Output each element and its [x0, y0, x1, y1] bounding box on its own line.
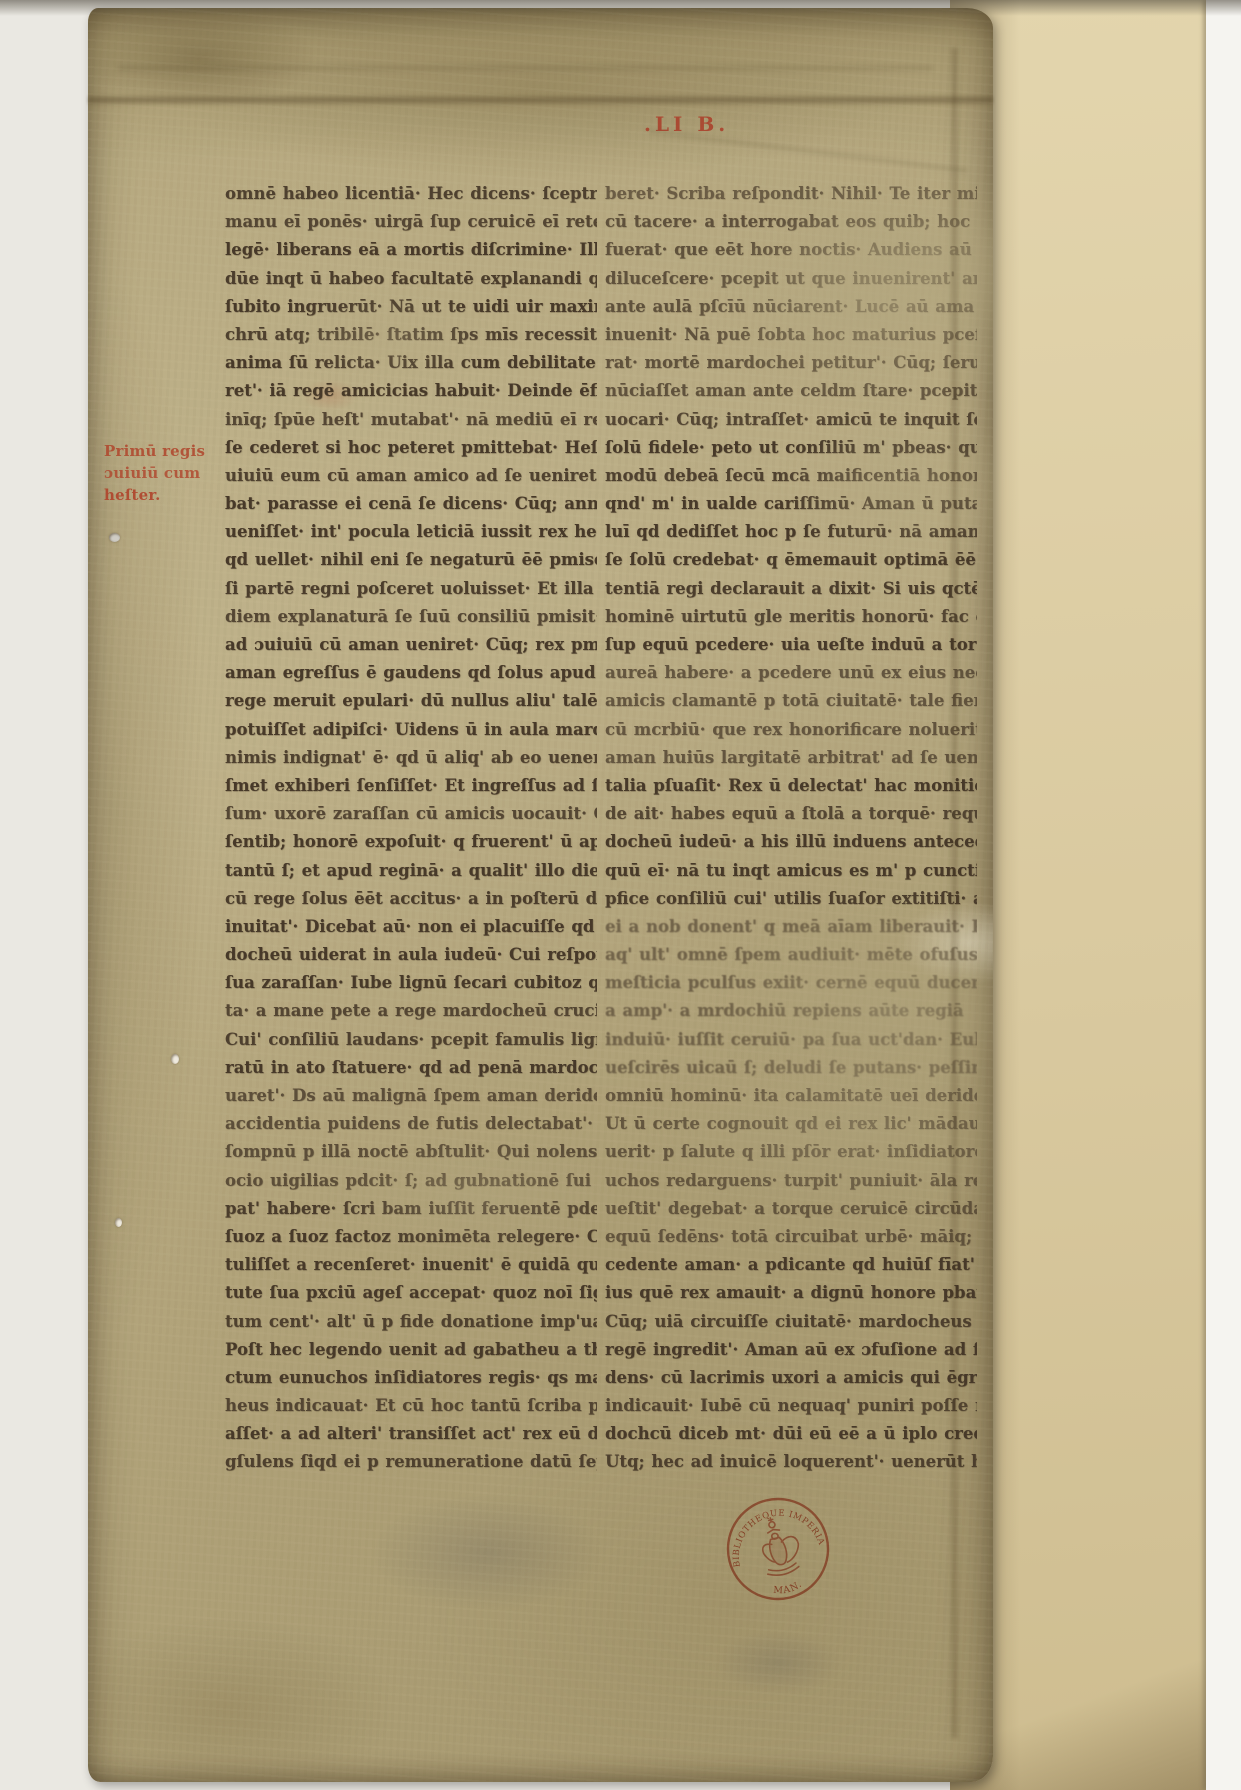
- manuscript-text-line: qnd' m' in ualde cariſſimū· Aman ū putan…: [605, 490, 977, 518]
- manuscript-text-line: legē· liberans eā a mortis diſcrimine· I…: [225, 236, 597, 264]
- manuscript-text-line: ſuoz a ſuoz factoz monimēta relegere· Cū…: [225, 1223, 597, 1251]
- marginal-rubric-line: heſter.: [104, 484, 214, 506]
- manuscript-text-line: heus indicauat· Et cū hoc tantū ſcriba p…: [225, 1392, 597, 1420]
- manuscript-text-line: ſe ſolū credebat· q ēmemauit optimā ēē ſ…: [605, 546, 977, 574]
- manuscript-text-line: pfice conſiliū cui' utilis ſuaſor extiti…: [605, 885, 977, 913]
- manuscript-text-line: Ut ū certe cognouit qd ei rex lic' mādau…: [605, 1110, 977, 1138]
- marginal-rubric-line: Primū regis: [104, 440, 214, 462]
- manuscript-text-line: ratū in ato ſtatuere· qd ad penā mardoch…: [225, 1054, 597, 1082]
- stamp-bottom-text: MAN.: [770, 1578, 805, 1599]
- manuscript-text-line: ret'· iā regē amicicias habuit· Deinde ē…: [225, 377, 597, 405]
- manuscript-text-line: ta· a mane pete a rege mardocheū crucifi…: [225, 997, 597, 1025]
- manuscript-text-line: a amp'· a mrdochiū repiens aūte regiā: [605, 997, 977, 1025]
- manuscript-text-line: beret· Scriba reſpondit· Nihil· Te iter …: [605, 180, 977, 208]
- manuscript-text-line: Cui' conſiliū laudans· pcepit famulis li…: [225, 1026, 597, 1054]
- manuscript-text-line: diluceſcere· pcepit ut que inuenirent' a…: [605, 265, 977, 293]
- manuscript-text-line: induiū· iuſſit ceruiū· pa ſua uct'dan· E…: [605, 1026, 977, 1054]
- manuscript-text-line: dens· cū lacrimis uxori a amicis qui ēgr…: [605, 1364, 977, 1392]
- manuscript-text-line: tantū ſ; et apud reginā· a qualit' illo …: [225, 857, 597, 885]
- manuscript-text-line: modū debeā ſecū mcā maificentiā honorari: [605, 462, 977, 490]
- manuscript-text-line: ei a nob donent' q meā aīam liberauit· P…: [605, 913, 977, 941]
- manuscript-text-line: uiuiū eum cū aman amico ad ſe ueniret ſu…: [225, 462, 597, 490]
- manuscript-text-line: talia pſuaſit· Rex ū delectat' hac monit…: [605, 772, 977, 800]
- manuscript-text-line: Cūq; uiā circuiſſe ciuitatē· mardocheus …: [605, 1308, 977, 1336]
- vertical-crease: [950, 48, 959, 1738]
- manuscript-text-line: ſua zaraſſan· Iube lignū ſecari cubitoz …: [225, 969, 597, 997]
- manuscript-text-line: uerit· p ſalute q illi pſōr erat· inſidi…: [605, 1138, 977, 1166]
- manuscript-text-line: potuiſſet adipiſci· Uidens ū in aula mar…: [225, 716, 597, 744]
- text-column-1: omnē habeo licentiā· Hec dicens· ſceptrū…: [225, 180, 597, 1482]
- manuscript-text-line: chrū atq; tribilē· ſtatim ſps mīs recess…: [225, 321, 597, 349]
- manuscript-text-line: bat· parasse ei cenā ſe dicens· Cūq; ann…: [225, 490, 597, 518]
- manuscript-text-line: ſubito ingruerūt· Nā ut te uidi uir maxi…: [225, 293, 597, 321]
- manuscript-text-line: meſticia pculſus exiit· cernē equū ducen…: [605, 969, 977, 997]
- manuscript-text-line: tute ſua pxciū ageſ accepat· quoz noī ſi…: [225, 1279, 597, 1307]
- manuscript-text-line: rat· mortē mardochei petitur'· Cūq; ſeru…: [605, 349, 977, 377]
- parchment-folio: .LI B. Primū regisɔuiuiū cumheſter. omnē…: [88, 8, 993, 1782]
- manuscript-text-line: Utq; hec ad inuicē loquerent'· uenerūt h…: [605, 1448, 977, 1476]
- manuscript-text-line: tum cent'· alt' ū p fide donatione imp'u…: [225, 1308, 597, 1336]
- manuscript-text-line: cedente aman· a pdicante qd huiūſ fīat' …: [605, 1251, 977, 1279]
- manuscript-text-line: accidentia puidens de futis delectabat'·…: [225, 1110, 597, 1138]
- manuscript-text-line: ctum eunuchos inſidiatores regis· qs mar…: [225, 1364, 597, 1392]
- text-column-2: beret· Scriba reſpondit· Nihil· Te iter …: [605, 180, 977, 1482]
- manuscript-text-line: Poſt hec legendo uenit ad gabatheu a the…: [225, 1336, 597, 1364]
- manuscript-text-line: ſum· uxorē zaraſſan cū amicis uocauit· Q…: [225, 800, 597, 828]
- manuscript-text-line: uocari· Cūq; intraſſet· amicū te inquit …: [605, 406, 977, 434]
- manuscript-text-line: cū tacere· a interrogabat eos quib; hoc …: [605, 208, 977, 236]
- manuscript-text-line: pat' habere· ſcri bam iuſſit feruentē pd…: [225, 1195, 597, 1223]
- manuscript-text-line: ad ɔuiuiū cū aman ueniret· Cūq; rex pmis…: [225, 631, 597, 659]
- manuscript-text-line: nūciaſſet aman ante celdm ſtare· pcepit …: [605, 377, 977, 405]
- manuscript-text-line: aſſet· a ad alteri' transiſſet act' rex …: [225, 1420, 597, 1448]
- parchment-patch: [109, 533, 120, 542]
- manuscript-text-line: luī qd dediſſet hoc p ſe futurū· nā aman…: [605, 518, 977, 546]
- manuscript-text-line: tuliſſet a recenſeret· inuenit' ē quidā …: [225, 1251, 597, 1279]
- manuscript-text-line: dūe inqt ū habeo facultatē explanandi qu…: [225, 265, 597, 293]
- manuscript-text-line: ueſcirēs uicaū ſ; deludi ſe putans· peſſ…: [605, 1054, 977, 1082]
- manuscript-text-line: ſmet exhiberi ſenſiſſet· Et ingreſſus ad…: [225, 772, 597, 800]
- manuscript-text-line: docheū iudeū· a his illū induens anteced…: [605, 828, 977, 856]
- wrinkle: [649, 129, 967, 174]
- manuscript-text-line: rege meruit epulari· dū nullus aliu' tal…: [225, 687, 597, 715]
- manuscript-text-line: ueſtit' degebat· a torque ceruicē circūd…: [605, 1195, 977, 1223]
- manuscript-text-line: hominē uirtutū gle meritis honorū· fac e…: [605, 603, 977, 631]
- manuscript-text-line: de ait· habes equū a ſtolā a torquē· req…: [605, 800, 977, 828]
- manuscript-text-line: ſentib; honorē expoſuit· q fruerent' ū a…: [225, 828, 597, 856]
- manuscript-text-line: aman egreſſus ē gaudens qd ſolus apud re…: [225, 659, 597, 687]
- manuscript-text-line: ocio uigilias pdcit· ſ; ad gubnationē ſu…: [225, 1167, 597, 1195]
- horizontal-fold-crease: [88, 94, 993, 106]
- manuscript-text-line: ſup equū pcedere· uia ueſte induū a torq…: [605, 631, 977, 659]
- manuscript-text-line: inuitat'· Dicebat aū· non ei placuiſſe q…: [225, 913, 597, 941]
- manuscript-text-line: inuenit· Nā puē ſobta hoc maturius pceſſ…: [605, 321, 977, 349]
- manuscript-text-line: ſompnū p illā noctē abſtulit· Qui nolens…: [225, 1138, 597, 1166]
- manuscript-text-line: gſulens ſiqd ei p remuneratione datū ſep…: [225, 1448, 597, 1476]
- scan-right-margin: [1206, 0, 1241, 1790]
- manuscript-text-line: diem explanaturā ſe ſuū consiliū pmisit·…: [225, 603, 597, 631]
- manuscript-text-line: indicauit· Iubē cū nequaq' puniri poſſe …: [605, 1392, 977, 1420]
- manuscript-text-line: ius quē rex amauit· a dignū honore pbaui…: [605, 1279, 977, 1307]
- marginal-rubric-line: ɔuiuiū cum: [104, 462, 214, 484]
- manuscript-text-line: tentiā regi declarauit a dixit· Si uis q…: [605, 575, 977, 603]
- parchment-hole: [115, 1218, 122, 1227]
- manuscript-text-line: quū eī· nā tu inqt amicus es m' p cuncti…: [605, 857, 977, 885]
- manuscript-text-line: dochcū diceb mt· dūi eū eē a ū iplo cred…: [605, 1420, 977, 1448]
- manuscript-text-line: omnē habeo licentiā· Hec dicens· ſceptrū…: [225, 180, 597, 208]
- manuscript-text-line: fuerat· que eēt hore noctis· Audiens aū …: [605, 236, 977, 264]
- manuscript-text-line: inīq; ſpūe heſt' mutabat'· nā mediū eī r…: [225, 406, 597, 434]
- manuscript-text-line: ſi partē regni poſceret uoluisset· Et il…: [225, 575, 597, 603]
- manuscript-text-line: uchos redarguens· turpit' puniuit· āla r…: [605, 1167, 977, 1195]
- parchment-hole: [171, 1054, 179, 1064]
- manuscript-text-line: amicis clamantē p totā ciuitatē· tale fi…: [605, 687, 977, 715]
- manuscript-text-line: qd uellet· nihil eni ſe negaturū ēē pmis…: [225, 546, 597, 574]
- horizontal-fold-crease-faint: [118, 64, 933, 72]
- library-stamp: BIBLIOTHEQUE IMPERIALE MAN.: [710, 1481, 846, 1617]
- manuscript-text-line: uaret'· Ds aū malignā ſpem aman derideba…: [225, 1082, 597, 1110]
- manuscript-text-line: docheū uiderat in aula iudeū· Cui reſpon…: [225, 941, 597, 969]
- manuscript-text-line: anima ſū relicta· Uix illa cum debilitat…: [225, 349, 597, 377]
- manuscript-text-line: ſe cederet si hoc peteret pmittebat· Heſ…: [225, 434, 597, 462]
- manuscript-text-line: nimis indignat' ē· qd ū aliq' ab eo uene…: [225, 744, 597, 772]
- manuscript-text-line: omniū hominū· ita calamitatē ueī deriden…: [605, 1082, 977, 1110]
- manuscript-text-line: manu eī ponēs· uirgā ſup ceruicē eī rete…: [225, 208, 597, 236]
- manuscript-text-line: ueniſſet· int' pocula leticiā iussit rex…: [225, 518, 597, 546]
- manuscript-text-line: cū mcrbiū· que rex honorificare noluerit…: [605, 716, 977, 744]
- manuscript-text-line: aman huiūs largitatē arbitrat' ad ſe uen…: [605, 744, 977, 772]
- marginal-rubric: Primū regisɔuiuiū cumheſter.: [104, 440, 214, 506]
- manuscript-text-line: regē ingredit'· Aman aū ex ɔfuſione ad ſ…: [605, 1336, 977, 1364]
- manuscript-text-line: aureā habere· a pcedere unū ex eius nece…: [605, 659, 977, 687]
- manuscript-text-line: equū ſedēns· totā circuibat urbē· māiq; …: [605, 1223, 977, 1251]
- manuscript-text-line: aq' ult' omnē ſpem audiuit· mēte ofuſus …: [605, 941, 977, 969]
- manuscript-text-line: ante aulā pſcīū nūciarent· Lucē aū ama: [605, 293, 977, 321]
- manuscript-text-line: cū rege ſolus ēēt accitus· a in poſterū …: [225, 885, 597, 913]
- manuscript-text-line: ſolū fidele· peto ut conſiliū m' pbeas· …: [605, 434, 977, 462]
